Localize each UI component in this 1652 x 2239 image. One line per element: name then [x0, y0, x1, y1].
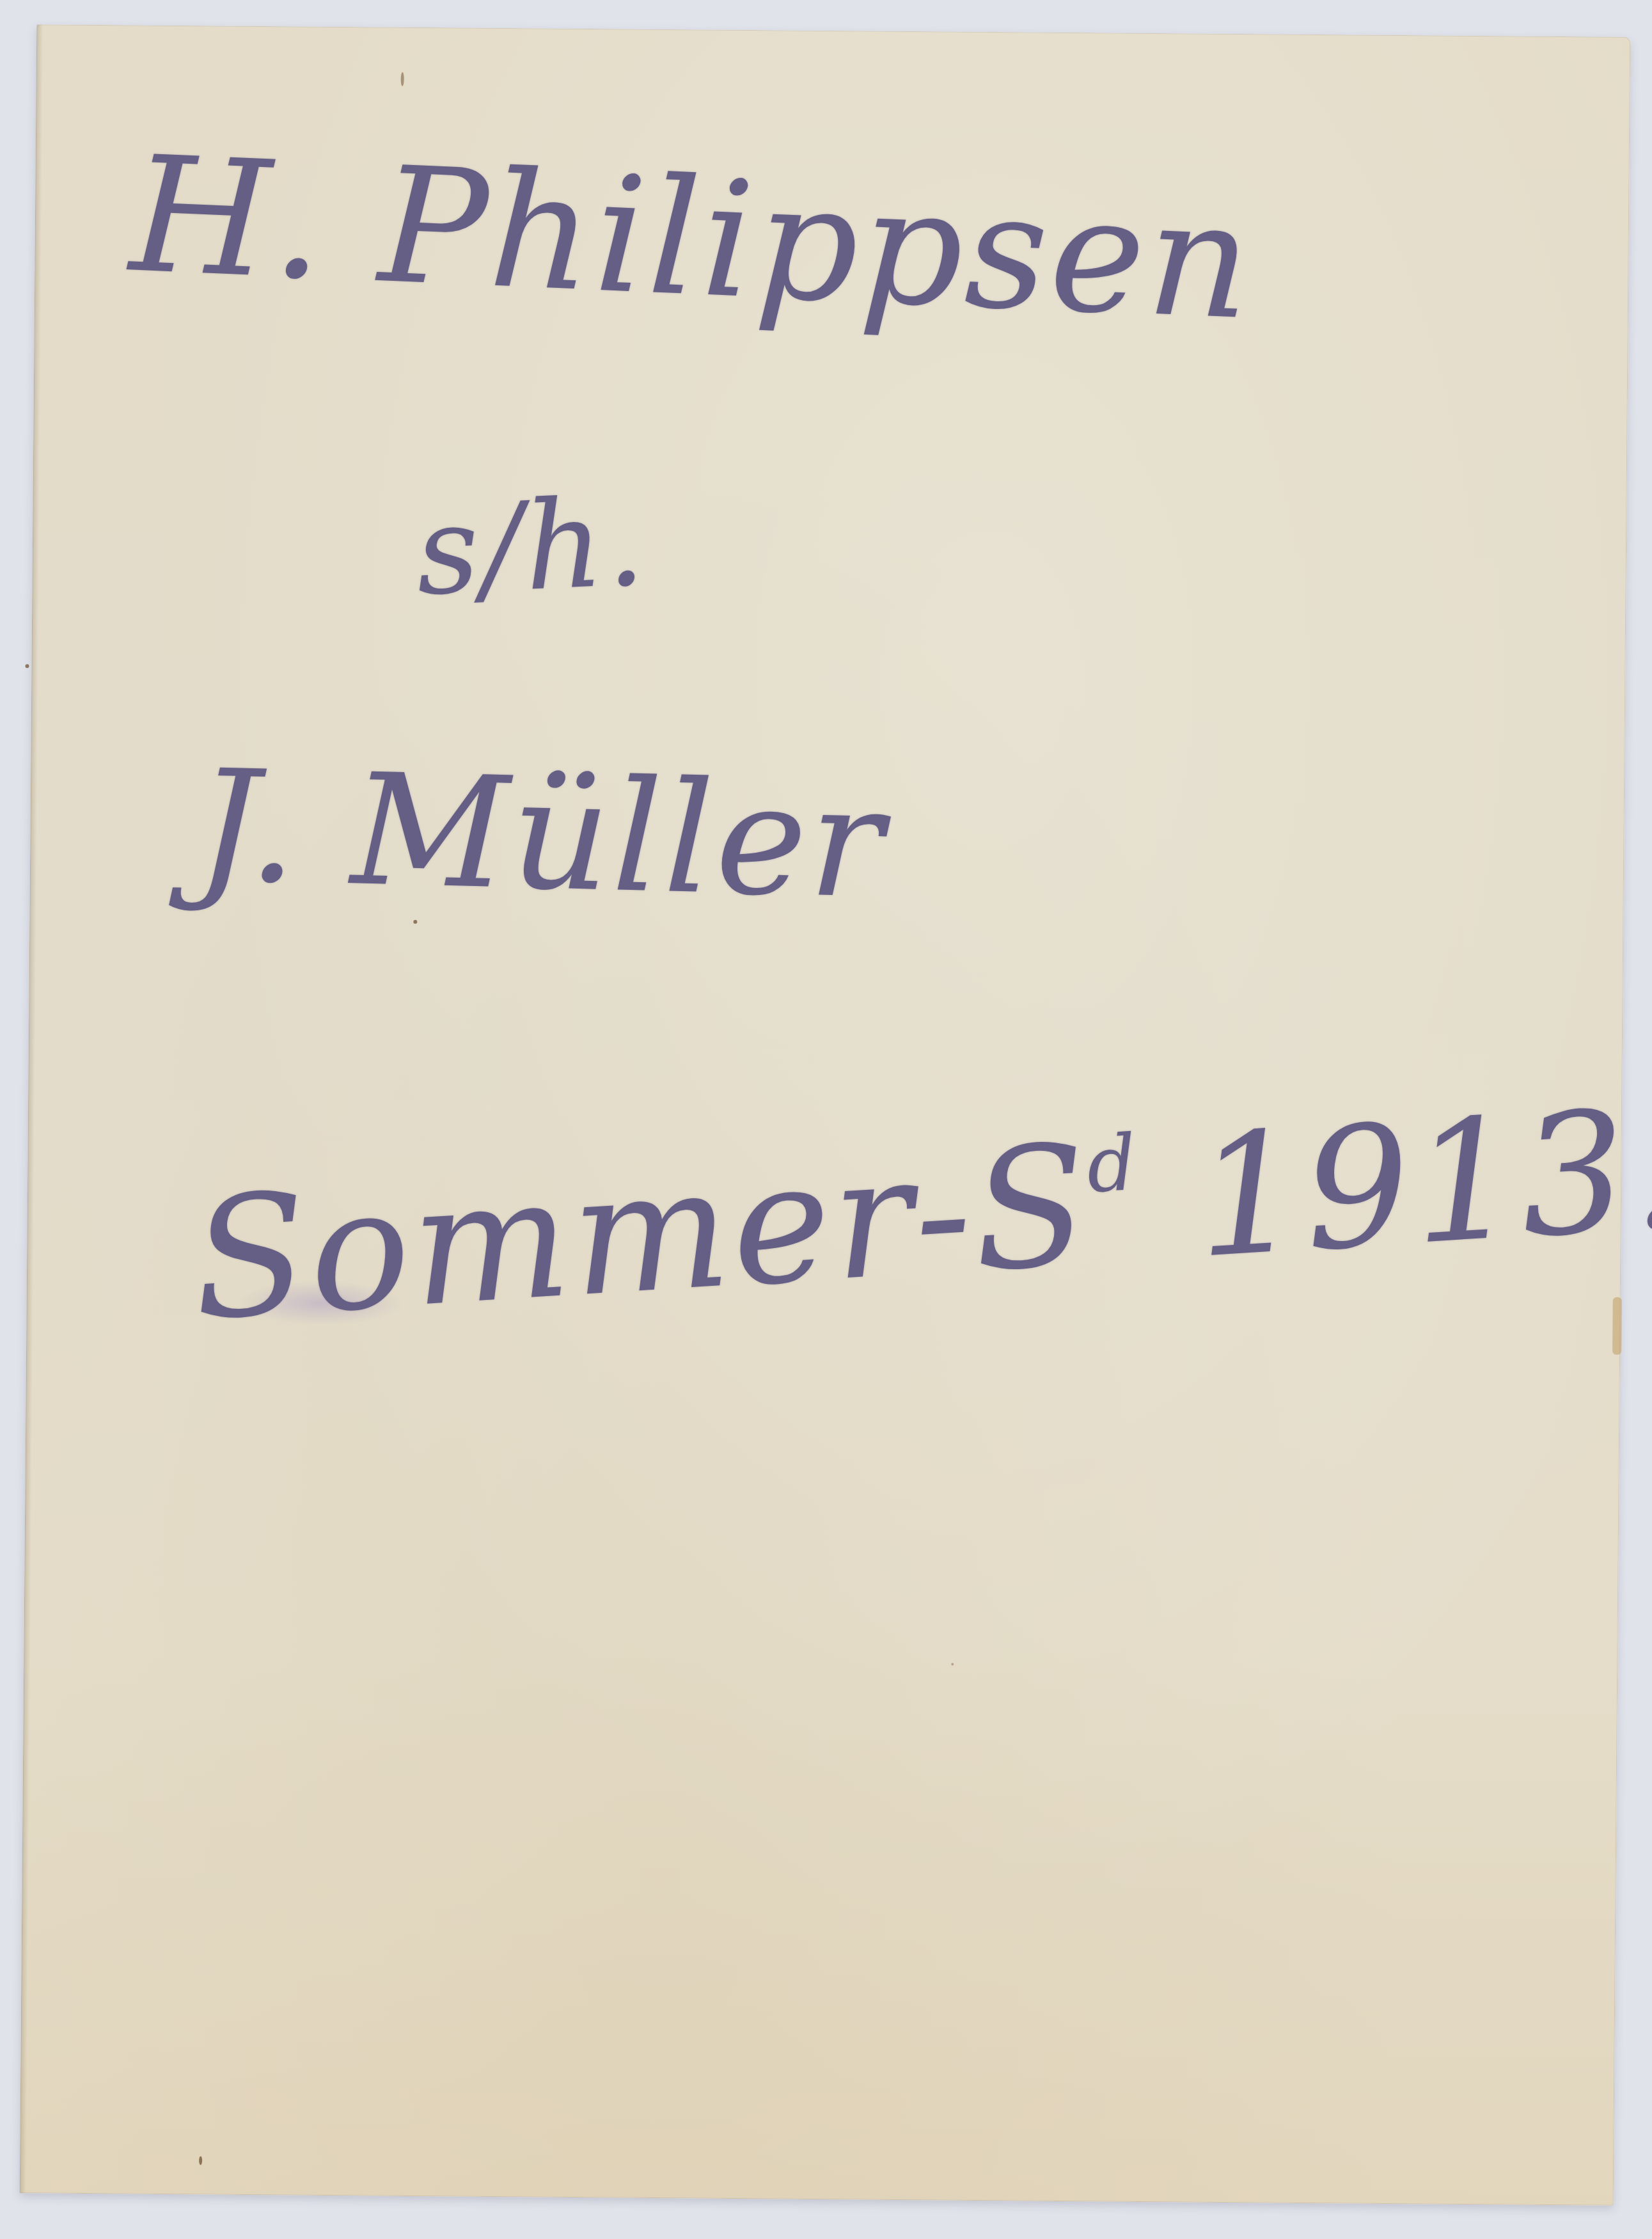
card: H. Philippsen s/h. J. Müller Sommer-Sd 1… — [20, 24, 1631, 2205]
handwritten-date: Sommer-Sd 1913. — [187, 1072, 1652, 1357]
date-season: Sommer-S — [187, 1109, 1096, 1357]
date-year: 1913. — [1135, 1072, 1652, 1299]
paper-speck — [199, 2156, 202, 2165]
paper-speck — [951, 1663, 954, 1666]
date-superscript: d — [1084, 1119, 1141, 1211]
handwritten-abbreviation: s/h. — [413, 471, 650, 622]
card-edge-shadow — [20, 24, 43, 2193]
paper-stain — [1612, 1297, 1622, 1355]
handwritten-name-mueller: J. Müller — [194, 736, 887, 933]
paper-mark — [401, 72, 404, 86]
paper-speck — [25, 664, 29, 668]
handwritten-name-philippsen: H. Philippsen — [127, 122, 1257, 356]
